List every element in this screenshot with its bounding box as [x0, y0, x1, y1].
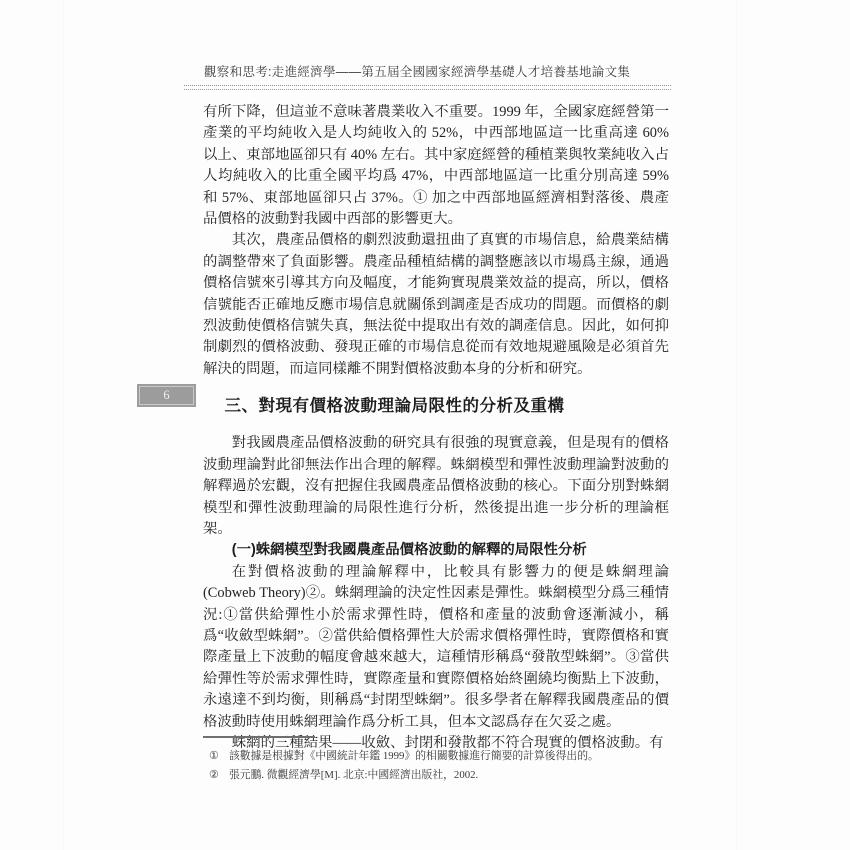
footnote-1-text: 該數據是根據對《中國統計年鑑 1999》的相關數據進行簡要的計算後得出的。 — [229, 747, 669, 766]
paragraph-theory-limitations-intro: 對我國農產品價格波動的研究具有很強的現實意義，但是現有的價格波動理論對此卻無法作… — [203, 433, 669, 540]
footnote-1-marker: ① — [203, 747, 229, 766]
subsection-heading-cobweb: (一)蛛網模型對我國農產品價格波動的解釋的局限性分析 — [203, 540, 669, 561]
paragraph-income-statistics: 有所下降，但這並不意味著農業收入不重要。1999 年，全國家庭經營第一產業的平均… — [203, 102, 669, 230]
footnote-1: ① 該數據是根據對《中國統計年鑑 1999》的相關數據進行簡要的計算後得出的。 — [203, 747, 669, 766]
body-text-column: 有所下降，但這並不意味著農業收入不重要。1999 年，全國家庭經營第一產業的平均… — [203, 102, 669, 754]
footnote-2-marker: ② — [203, 766, 229, 785]
running-header-title: 觀察和思考:走進經濟學——第五屆全國國家經濟學基礎人才培養基地論文集 — [204, 64, 674, 80]
footnote-2: ② 張元鵬. 微觀經濟學[M]. 北京:中國經濟出版社，2002. — [203, 766, 669, 785]
footnote-separator-rule — [203, 736, 315, 738]
page-number: 6 — [163, 388, 169, 403]
footnote-block: ① 該數據是根據對《中國統計年鑑 1999》的相關數據進行簡要的計算後得出的。 … — [203, 736, 669, 784]
paragraph-market-information: 其次，農產品價格的劇烈波動還扭曲了真實的市場信息，給農業結構的調整帶來了負面影響… — [203, 230, 669, 380]
page-number-tab: 6 — [137, 384, 196, 407]
footnote-2-text: 張元鵬. 微觀經濟學[M]. 北京:中國經濟出版社，2002. — [229, 766, 669, 785]
paragraph-cobweb-theory: 在對價格波動的理論解釋中，比較具有影響力的便是蛛網理論(Cobweb Theor… — [203, 562, 669, 733]
header-double-dotted-rule — [184, 85, 671, 90]
book-page: 觀察和思考:走進經濟學——第五屆全國國家經濟學基礎人才培養基地論文集 6 有所下… — [0, 0, 850, 850]
section-heading-three: 三、對現有價格波動理論局限性的分析及重構 — [203, 394, 669, 418]
